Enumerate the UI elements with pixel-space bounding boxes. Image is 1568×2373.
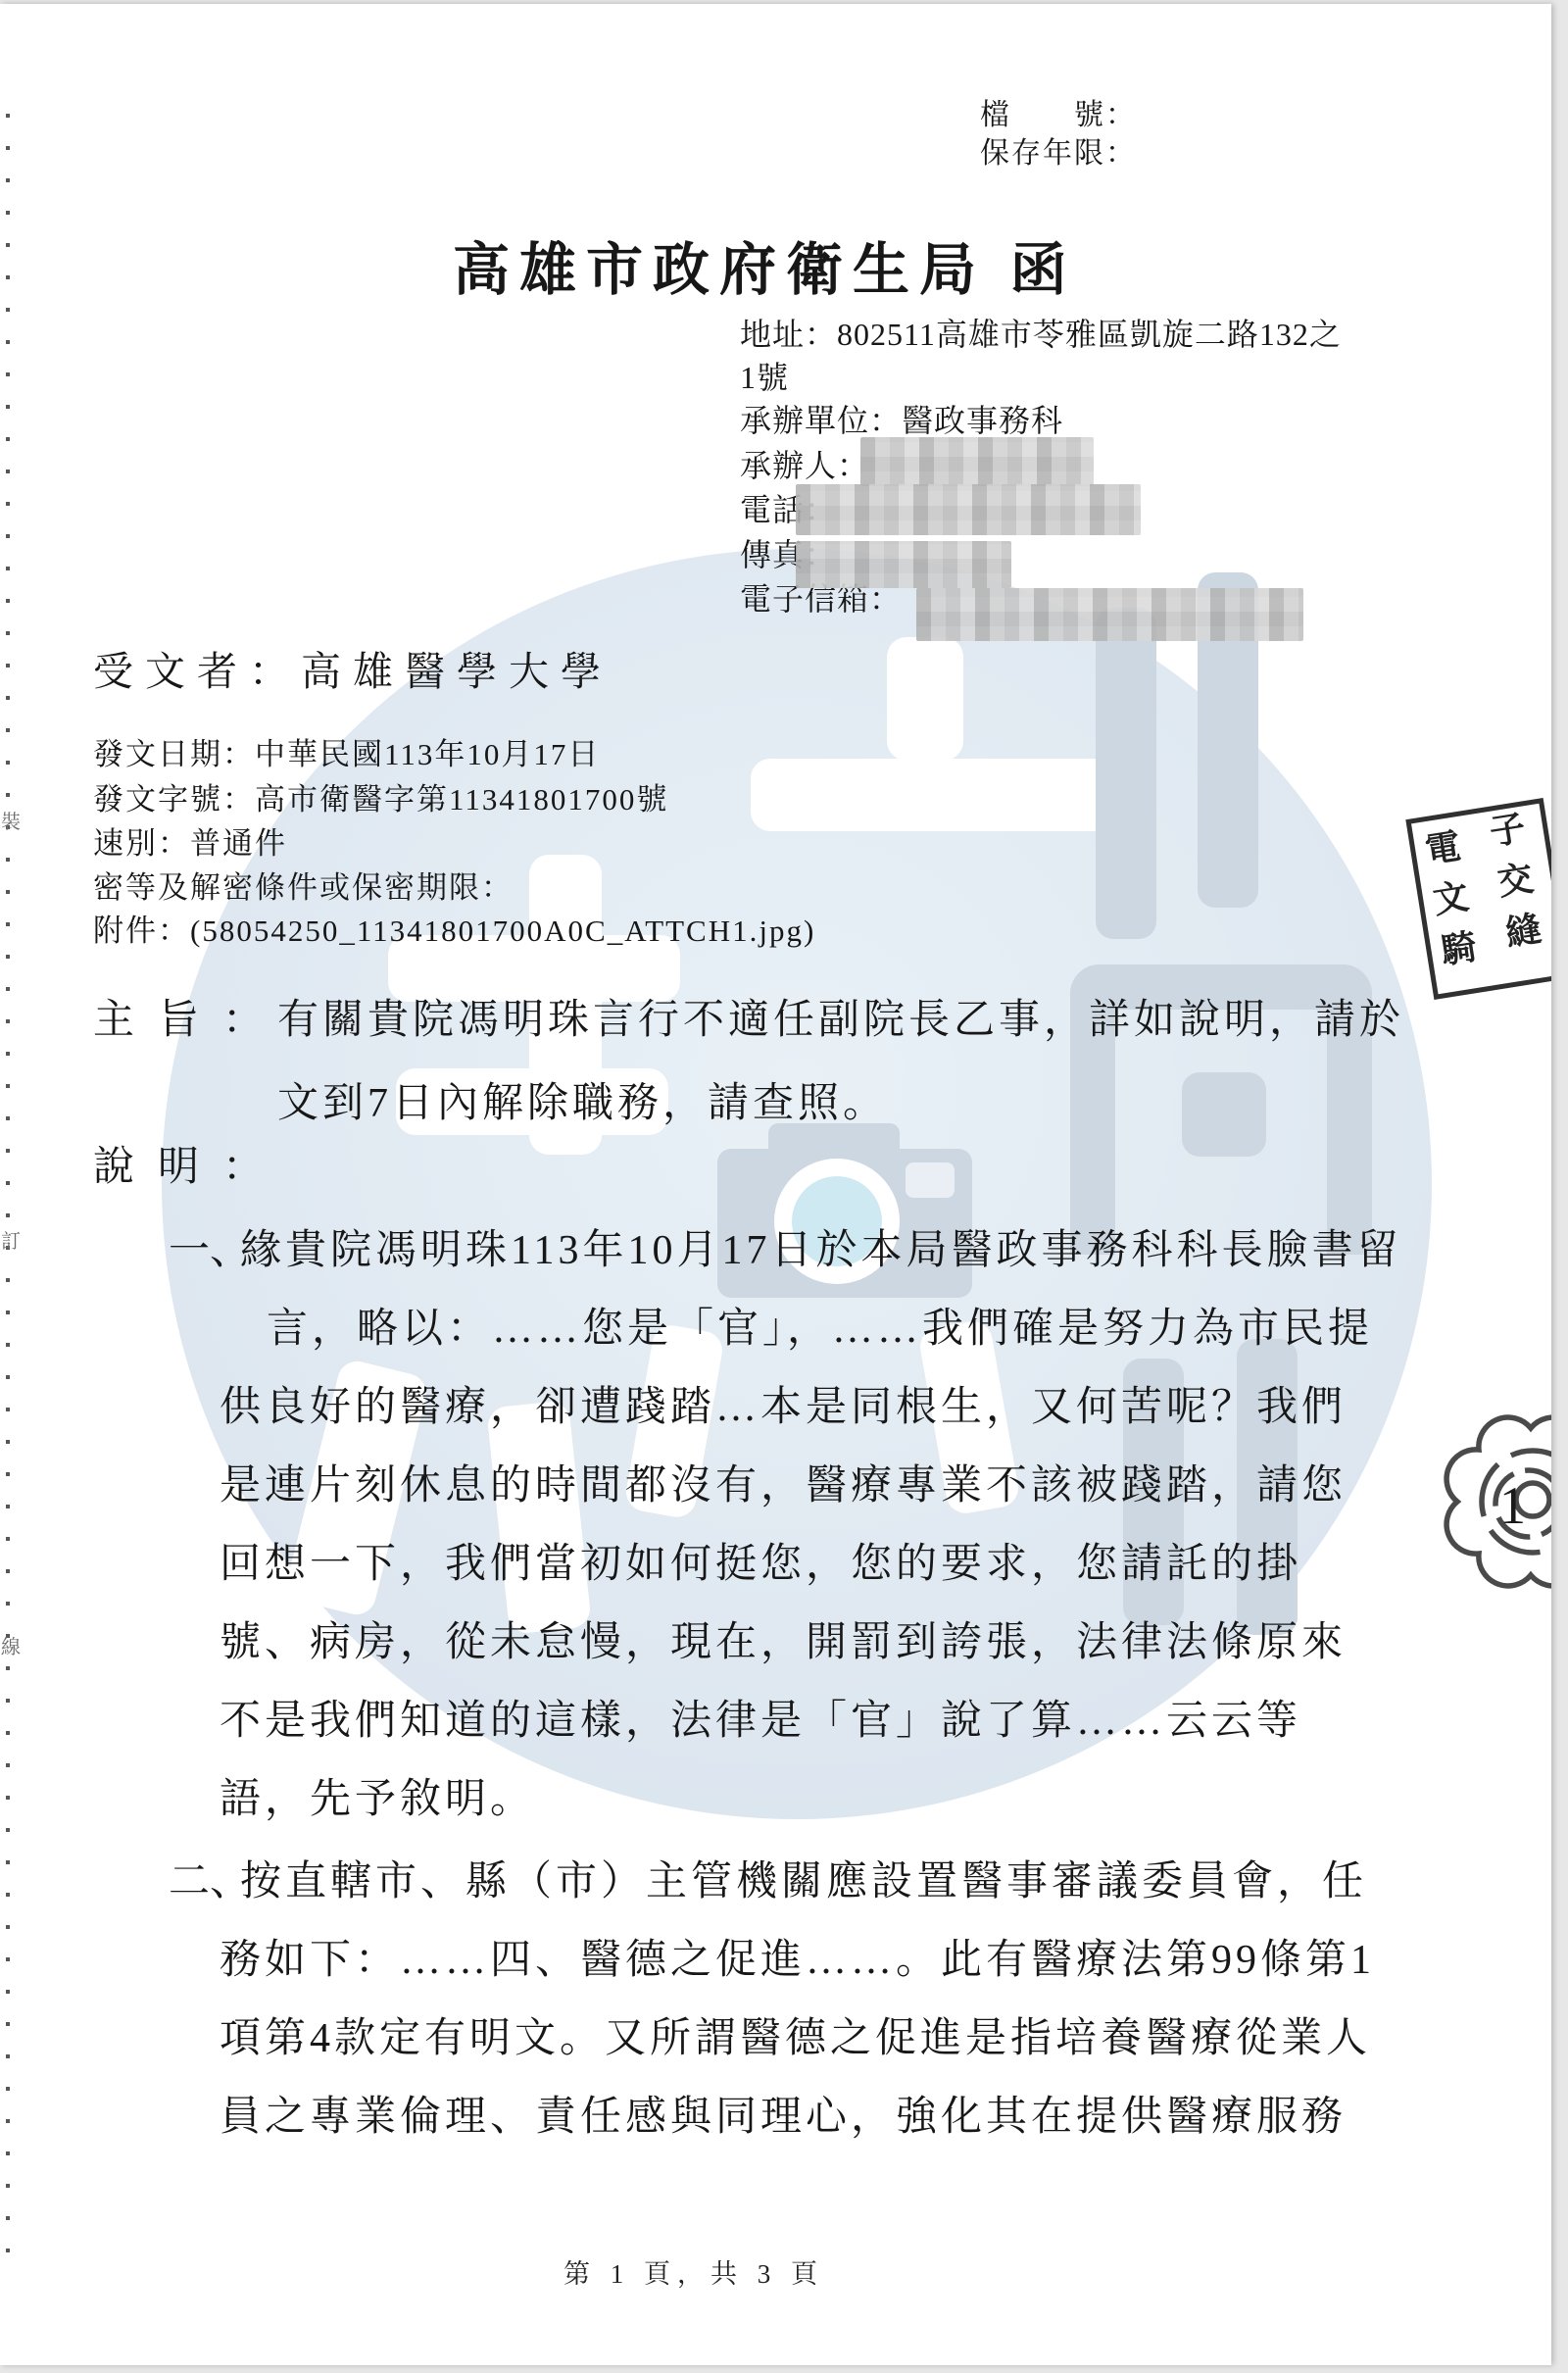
doc-title: 高雄市政府衛生局 函	[453, 223, 1077, 306]
item1-number: 一、	[169, 1217, 251, 1276]
security-line: 密等及解密條件或保密期限：	[93, 863, 514, 907]
item1-line-7: 語，先予敘明。	[220, 1766, 535, 1825]
watermark-white-shape	[751, 759, 1113, 831]
watermark-gray-shape	[1182, 1072, 1266, 1157]
exchange-stamp-left-column: 電 文 騎	[1422, 820, 1481, 977]
watermark-white-shape	[887, 637, 963, 761]
binding-mark-xian: 線	[1, 1631, 21, 1659]
item1-line-6: 不是我們知道的這樣，法律是「官」說了算……云云等	[220, 1688, 1301, 1747]
seal-number: 1	[1499, 1476, 1526, 1535]
binding-dotted-line	[6, 114, 10, 2260]
perforation-seal-icon: 1	[1443, 1404, 1551, 1600]
item1-line-0: 緣貴院馮明珠113年10月17日於本局醫政事務科科長臉書留	[240, 1217, 1401, 1276]
retention-label: 保存年限：	[980, 128, 1137, 172]
item1-line-4: 回想一下，我們當初如何挺您，您的要求，您請託的掛	[220, 1531, 1301, 1590]
fax-redaction	[796, 541, 1011, 588]
issue-date-line: 發文日期：中華民國113年10月17日	[93, 729, 600, 773]
exchange-stamp-right-column: 子 交 縫	[1486, 803, 1544, 960]
email-redaction	[916, 588, 1303, 641]
contact-redaction	[860, 437, 1094, 486]
watermark-gray-shape	[1096, 608, 1156, 939]
attachment-line: 附件：(58054250_11341801700A0C_ATTCH1.jpg)	[93, 906, 815, 950]
item2-line-1: 務如下：……四、醫德之促進……。此有醫療法第99條第1	[220, 1927, 1375, 1986]
stamp-char: 交	[1494, 853, 1538, 909]
subject-line-1: 有關貴院馮明珠言行不適任副院長乙事，詳如說明，請於	[277, 987, 1404, 1046]
subject-label: 主旨：	[93, 987, 287, 1046]
stamp-char: 縫	[1502, 904, 1545, 960]
item2-line-2: 項第4款定有明文。又所謂醫德之促進是指培養醫療從業人	[220, 2005, 1371, 2064]
item2-number: 二、	[169, 1849, 251, 1907]
phone-redaction	[796, 484, 1141, 535]
recipient-line: 受文者：高雄醫學大學	[93, 639, 612, 697]
screenshot-background: 裝 訂 線 檔 號： 保存年限： 高雄市政府衛生局 函 地址：802511高雄市…	[0, 0, 1568, 2373]
doc-number-line: 發文字號：高市衛醫字第11341801700號	[93, 774, 668, 818]
item2-line-0: 按直轄市、縣（市）主管機關應設置醫事審議委員會，任	[240, 1849, 1367, 1907]
binding-mark-zhuang: 裝	[1, 806, 21, 834]
contact-label: 承辦人：	[740, 441, 869, 486]
item1-line-3: 是連片刻休息的時間都沒有，醫療專業不該被踐踏，請您	[220, 1453, 1347, 1511]
item2-line-3: 員之專業倫理、責任感與同理心，強化其在提供醫療服務	[220, 2084, 1347, 2143]
item1-line-2: 供良好的醫療，卻遭踐踏…本是同根生，又何苦呢？我們	[220, 1374, 1347, 1433]
perforation-page-seal: 1	[1443, 1404, 1551, 1605]
address-line-1: 地址：802511高雄市苓雅區凱旋二路132之	[740, 310, 1342, 355]
unit-line: 承辦單位：醫政事務科	[740, 396, 1063, 441]
speed-line: 速別：普通件	[93, 818, 287, 863]
item1-line-5: 號、病房，從未怠慢，現在，開罰到誇張，法律法條原來	[220, 1609, 1347, 1668]
footer-page-info: 第 1 頁，共 3 頁	[563, 2252, 824, 2291]
stamp-char: 文	[1430, 871, 1473, 927]
stamp-char: 騎	[1438, 921, 1481, 977]
stamp-char: 電	[1422, 820, 1465, 876]
subject-line-2: 文到7日內解除職務，請查照。	[277, 1070, 888, 1129]
file-no-label: 檔 號：	[980, 90, 1137, 133]
item1-line-1: 言，略以：……您是「官」，……我們確是努力為市民提	[267, 1296, 1373, 1355]
explanation-label: 說明：	[93, 1134, 287, 1193]
document-page: 裝 訂 線 檔 號： 保存年限： 高雄市政府衛生局 函 地址：802511高雄市…	[0, 4, 1551, 2365]
stamp-char: 子	[1486, 803, 1529, 859]
binding-mark-ding: 訂	[1, 1225, 21, 1254]
camera-flash-shape	[906, 1162, 955, 1198]
address-line-2: 1號	[740, 353, 789, 398]
